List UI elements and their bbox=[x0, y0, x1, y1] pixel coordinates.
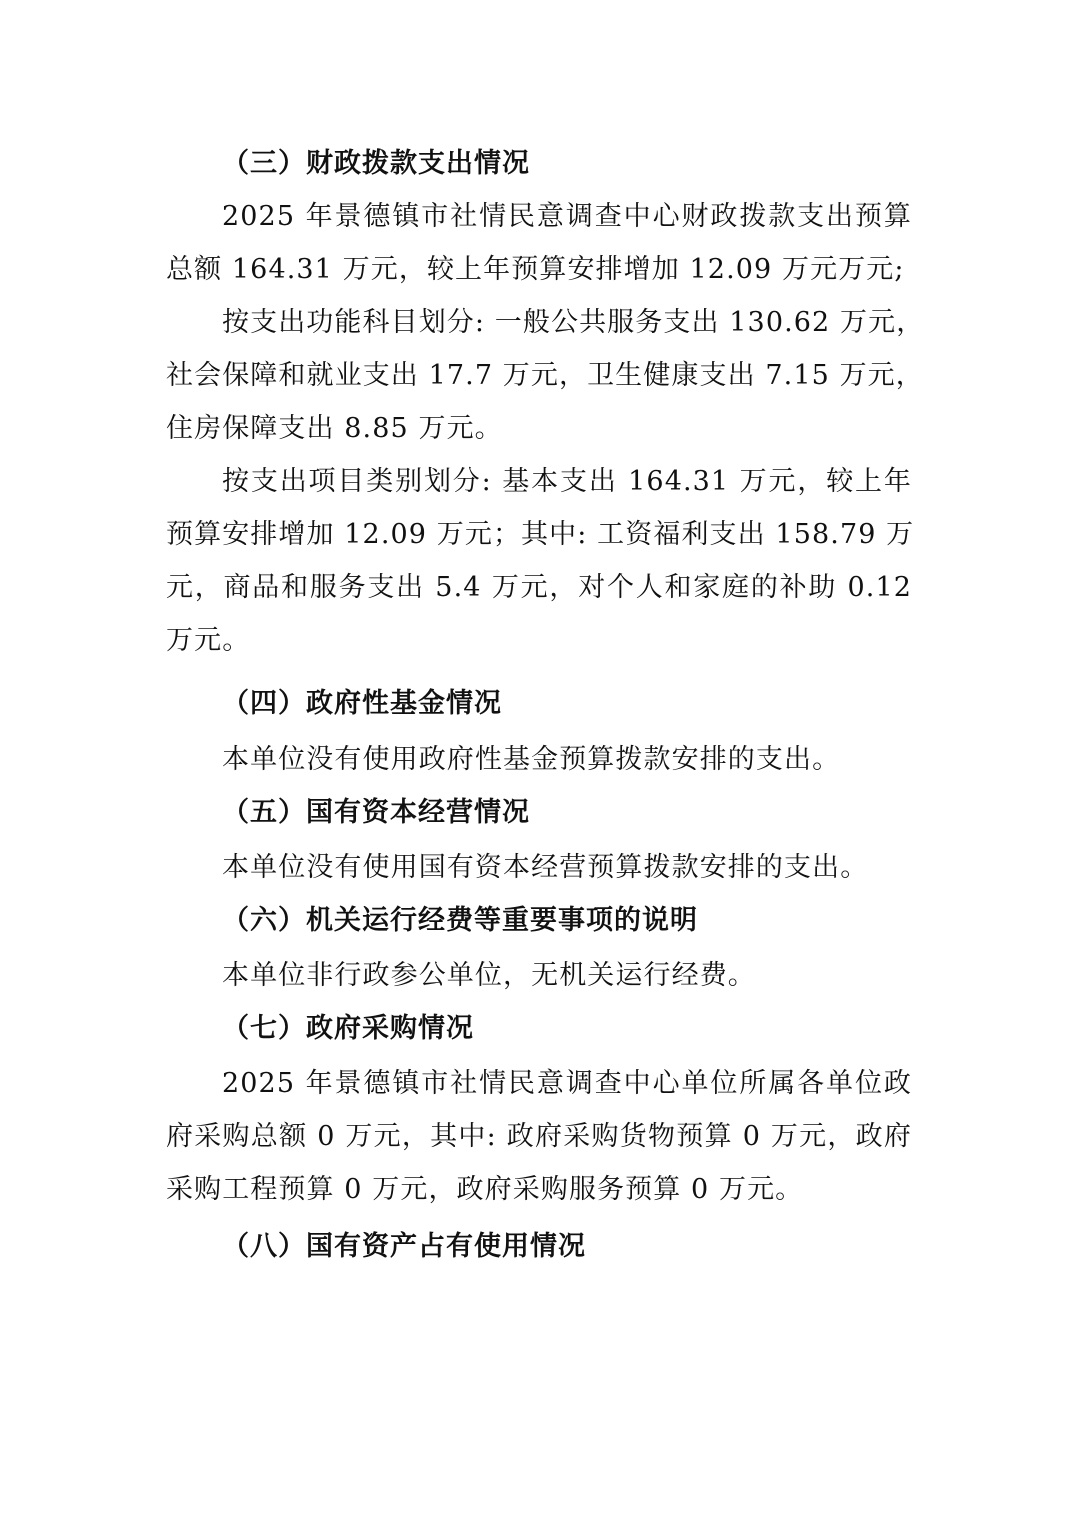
paragraph-line: 本单位没有使用政府性基金预算拨款安排的支出。 bbox=[222, 742, 912, 778]
paragraph-line: 2025 年景德镇市社情民意调查中心单位所属各单位政 bbox=[222, 1066, 912, 1102]
paragraph-line: 万元。 bbox=[166, 623, 912, 659]
section-heading-7: （七）政府采购情况 bbox=[222, 1011, 912, 1047]
paragraph-line: 元，商品和服务支出 5.4 万元，对个人和家庭的补助 0.12 bbox=[166, 570, 912, 606]
paragraph-line: 按支出功能科目划分: 一般公共服务支出 130.62 万元， bbox=[222, 305, 912, 341]
paragraph-line: 采购工程预算 0 万元，政府采购服务预算 0 万元。 bbox=[166, 1172, 912, 1208]
section-heading-3: （三）财政拨款支出情况 bbox=[222, 146, 912, 182]
paragraph-line: 本单位非行政参公单位，无机关运行经费。 bbox=[222, 958, 912, 994]
paragraph-line: 社会保障和就业支出 17.7 万元，卫生健康支出 7.15 万元， bbox=[166, 358, 912, 394]
document-page: （三）财政拨款支出情况 2025 年景德镇市社情民意调查中心财政拨款支出预算 总… bbox=[0, 0, 1074, 1520]
section-heading-6: （六）机关运行经费等重要事项的说明 bbox=[222, 903, 912, 939]
section-heading-4: （四）政府性基金情况 bbox=[222, 686, 912, 722]
paragraph-line: 预算安排增加 12.09 万元；其中: 工资福利支出 158.79 万 bbox=[166, 517, 912, 553]
paragraph-line: 2025 年景德镇市社情民意调查中心财政拨款支出预算 bbox=[222, 199, 912, 235]
paragraph-line: 府采购总额 0 万元，其中: 政府采购货物预算 0 万元，政府 bbox=[166, 1119, 912, 1155]
paragraph-line: 本单位没有使用国有资本经营预算拨款安排的支出。 bbox=[222, 850, 912, 886]
paragraph-line: 总额 164.31 万元，较上年预算安排增加 12.09 万元万元; bbox=[166, 252, 912, 288]
section-heading-5: （五）国有资本经营情况 bbox=[222, 795, 912, 831]
section-heading-8: （八）国有资产占有使用情况 bbox=[222, 1229, 912, 1265]
paragraph-line: 住房保障支出 8.85 万元。 bbox=[166, 411, 912, 447]
paragraph-line: 按支出项目类别划分: 基本支出 164.31 万元，较上年 bbox=[222, 464, 912, 500]
